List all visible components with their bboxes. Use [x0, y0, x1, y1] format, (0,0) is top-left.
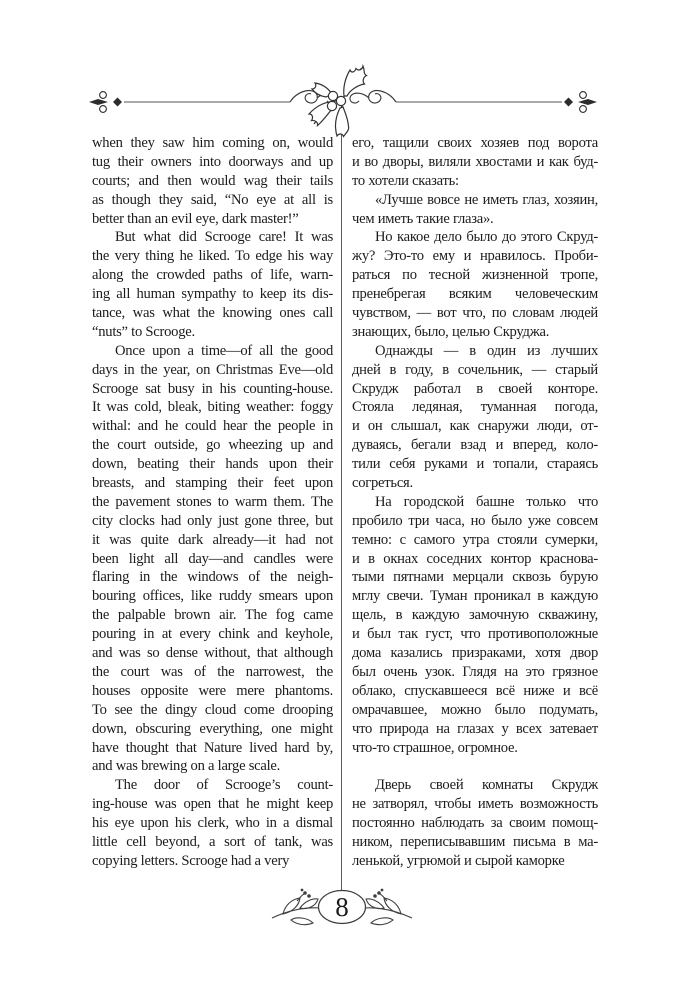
text-line: тили себя руками и топали, стараясь — [352, 455, 598, 474]
text-line: little cell beyond, a sort of tank, was — [92, 833, 333, 852]
header-ornament — [86, 58, 600, 156]
text-line: It was cold, bleak, biting weather: fogg… — [92, 398, 333, 417]
english-column: when they saw him coming on, wouldtug th… — [92, 134, 333, 871]
text-line: the palpable brown air. The fog came — [92, 606, 333, 625]
text-line: Стояла ледяная, туманная погода, — [352, 398, 598, 417]
text-line: дома казались призраками, хотя двор — [352, 644, 598, 663]
text-line: bouring offices, like ruddy smears upon — [92, 587, 333, 606]
text-line: дней в году, в сочельник, — старый — [352, 361, 598, 380]
text-line: “nuts” to Scrooge. — [92, 323, 333, 342]
text-line: the pavement stones to warm them. The — [92, 493, 333, 512]
paragraph: Однажды — в один из лучшихдней в году, в… — [352, 342, 598, 493]
scroll-flourish-right-icon — [350, 91, 396, 103]
text-line: чувством, — вот что, по словам людей — [352, 304, 598, 323]
text-line: have thought that Nature lived hard by, — [92, 739, 333, 758]
text-line: ником, переписывавшим письма в ма- — [352, 833, 598, 852]
text-line: пренебрегая всяким человеческим — [352, 285, 598, 304]
text-line: been light all day—and candles were — [92, 550, 333, 569]
text-line: copying letters. Scrooge had a very — [92, 852, 333, 871]
text-line: был очень узок. Глядя на это грязное — [352, 663, 598, 682]
text-line: что-то страшное, огромное. — [352, 739, 598, 758]
finial-left-icon — [89, 92, 122, 113]
paragraph: Once upon a time—of all the gooddays in … — [92, 342, 333, 776]
text-line: омрачавшее, можно было подумать, — [352, 701, 598, 720]
text-line: better than an evil eye, dark master!” — [92, 210, 333, 229]
page-number: 8 — [335, 892, 349, 922]
text-line: The door of Scrooge’s count- — [92, 776, 333, 795]
text-line: flaring in the windows of the neigh- — [92, 568, 333, 587]
laurel-branch-right-icon — [364, 889, 412, 925]
text-line: то хотели сказать: — [352, 172, 598, 191]
text-line: пробило три часа, но было уже совсем — [352, 512, 598, 531]
text-line: it was quite dark already—it had not — [92, 531, 333, 550]
paragraph: Но какое дело было до этого Скруд-жу? Эт… — [352, 228, 598, 341]
text-line: тыми пятнами мерцали сквозь бурую — [352, 568, 598, 587]
text-line: «Лучше вовсе не иметь глаз, хозяин, — [352, 191, 598, 210]
text-line: and was brewing on a large scale. — [92, 757, 333, 776]
text-line: и он слышал, как снаружи люди, от- — [352, 417, 598, 436]
text-line: Scrooge sat busy in his counting-house. — [92, 380, 333, 399]
text-line: раться по тесной жизненной тропе, — [352, 266, 598, 285]
paragraph: But what did Scrooge care! It wasthe ver… — [92, 228, 333, 341]
text-line: houses opposite were mere phantoms. — [92, 682, 333, 701]
text-line: To see the dingy cloud come drooping — [92, 701, 333, 720]
text-line: the court was of the narrowest, the — [92, 663, 333, 682]
text-line: облако, спускавшееся всё ниже и всё — [352, 682, 598, 701]
paragraph: «Лучше вовсе не иметь глаз, хозяин,чем и… — [352, 191, 598, 229]
text-line: and was so dense without, that although — [92, 644, 333, 663]
text-line: along the crowded paths of life, warn- — [92, 266, 333, 285]
text-line: чем иметь такие глаза». — [352, 210, 598, 229]
text-line: ing-house was open that he might keep — [92, 795, 333, 814]
text-line: the very thing he liked. To edge his way — [92, 247, 333, 266]
text-line: знающих, было, целью Скруджа. — [352, 323, 598, 342]
text-line: Однажды — в один из лучших — [352, 342, 598, 361]
text-line: постоянно наблюдать за своим помощ- — [352, 814, 598, 833]
russian-column: его, тащили своих хозяев под воротаи во … — [352, 134, 598, 871]
paragraph: The door of Scrooge’s count-ing-house wa… — [92, 776, 333, 870]
page-footer-ornament: 8 — [267, 877, 417, 939]
text-line: не затворял, чтобы иметь возможность — [352, 795, 598, 814]
laurel-branch-left-icon — [272, 889, 320, 925]
text-line: ленькой, угрюмой и сырой каморке — [352, 852, 598, 871]
text-line: согреться. — [352, 474, 598, 493]
text-line: Но какое дело было до этого Скруд- — [352, 228, 598, 247]
text-line: Дверь своей комнаты Скрудж — [352, 776, 598, 795]
text-line: courts; and then would wag their tails — [92, 172, 333, 191]
text-line: Once upon a time—of all the good — [92, 342, 333, 361]
text-line: But what did Scrooge care! It was — [92, 228, 333, 247]
text-line: as though they said, “No eye at all is — [92, 191, 333, 210]
text-line: ing all human sympathy to keep its dis- — [92, 285, 333, 304]
text-line: pouring in at every chink and keyhole, — [92, 625, 333, 644]
text-line: На городской башне только что — [352, 493, 598, 512]
book-page: when they saw him coming on, wouldtug th… — [0, 0, 682, 1000]
column-divider — [341, 106, 342, 892]
text-line: withal: and he could hear the people in — [92, 417, 333, 436]
text-line: и в окнах соседних контор краснова- — [352, 550, 598, 569]
finial-right-icon — [564, 92, 597, 113]
text-line: мглу свечи. Туман проникал в каждую — [352, 587, 598, 606]
text-line: days in the year, on Christmas Eve—old — [92, 361, 333, 380]
text-line: что природа на глазах у всех затевает — [352, 720, 598, 739]
text-line: down, obscuring everything, one might — [92, 720, 333, 739]
paragraph: Дверь своей комнаты Скруджне затворял, ч… — [352, 776, 598, 870]
text-line: breasts, and stamping their feet upon — [92, 474, 333, 493]
text-line: Скрудж работал в своей конторе. — [352, 380, 598, 399]
paragraph: На городской башне только чтопробило три… — [352, 493, 598, 757]
text-line: the court outside, go wheezing up and — [92, 436, 333, 455]
text-line: down, beating their hands upon their — [92, 455, 333, 474]
text-line: city clocks had only just gone three, bu… — [92, 512, 333, 531]
text-line: темно: с самого утра стояли сумерки, — [352, 531, 598, 550]
text-line: tance, was what the knowing ones call — [92, 304, 333, 323]
text-line: жу? Это-то ему и нравилось. Проби- — [352, 247, 598, 266]
text-line: дуваясь, бегали взад и вперед, коло- — [352, 436, 598, 455]
text-line: his eye upon his clerk, who in a dismal — [92, 814, 333, 833]
text-line: щель, в каждую замочную скважину, — [352, 606, 598, 625]
text-line: и был так густ, что противоположные — [352, 625, 598, 644]
